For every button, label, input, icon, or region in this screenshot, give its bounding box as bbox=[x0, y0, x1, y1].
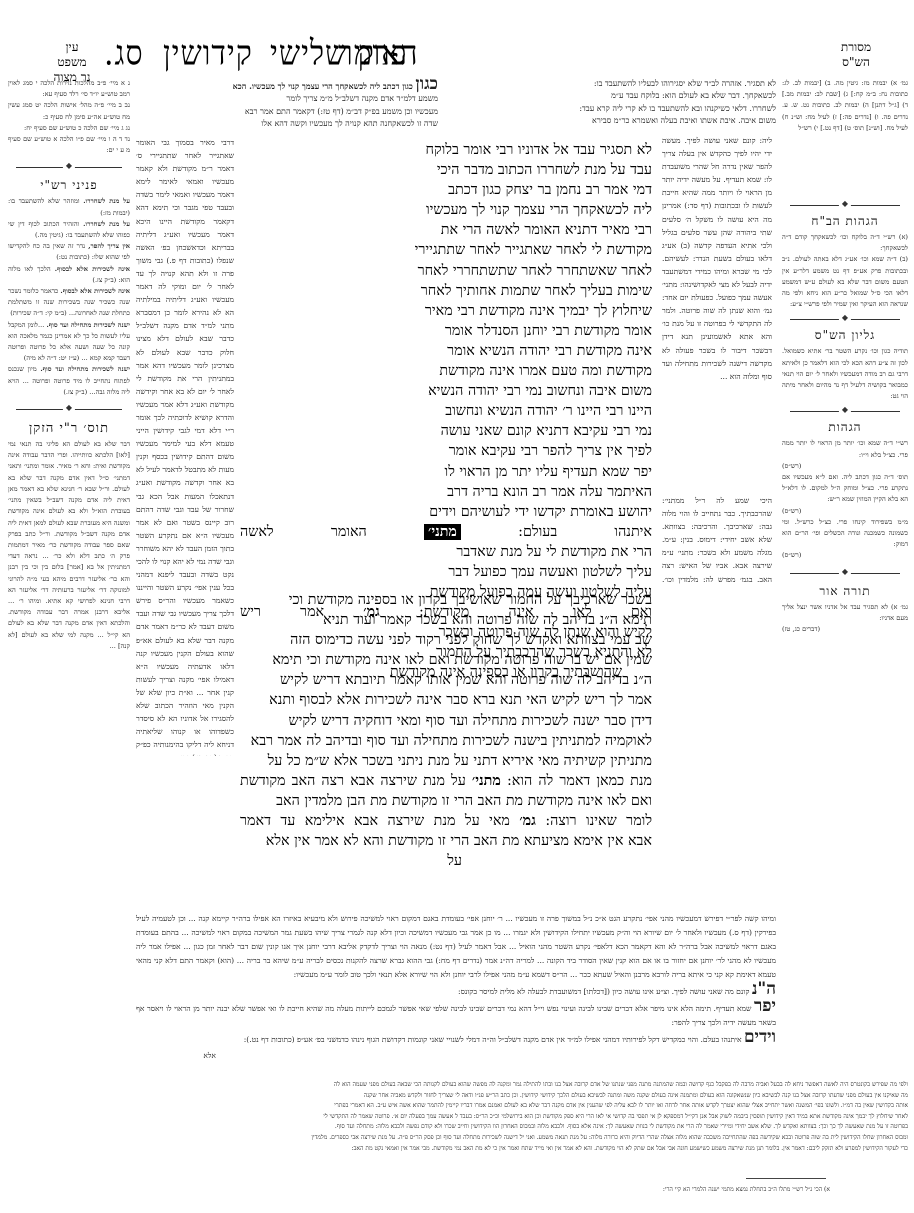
ein-mishpat-entry: נ א מיי׳ פ״ב מהלכות נזירות הלכה י סמג לא… bbox=[8, 78, 130, 100]
rashi-column: לא תסגיר. אזהרה לב״ד שלא יסגירוהו לבעליו… bbox=[466, 78, 776, 128]
hagahot-title: הגהות bbox=[782, 420, 908, 435]
bottom-commentary-line: מה שאיקנו אין בעולם מפני שדעתו קרובה אצל… bbox=[6, 1091, 908, 1102]
tosafot-rid-text: דבר שלא בא לעולם הא פליגי בה תנאי נמי [ל… bbox=[8, 439, 130, 759]
gemara-line: אומר מקודשת רבי יוחנן הסנדלר אומר bbox=[240, 321, 652, 341]
tosafot-head-line: כגון כגון דכתב ליה לכשאקחך הרי עצמך קנוי… bbox=[136, 78, 438, 93]
gemara-line: הרי את מקודשת לי על מנת שאדבר bbox=[240, 542, 652, 562]
tosafot-trailing: אלא bbox=[136, 1049, 776, 1063]
tosafot-section: ה"נ קונם מה שאני עושה לפיך. וצ״ע אינו עו… bbox=[136, 982, 776, 999]
ornament-divider bbox=[782, 314, 908, 324]
tosafot-head-line: שדה זו לכשאקחנה תהא קנויה לך מעכשיו וקשה… bbox=[136, 118, 438, 130]
penei-rashi-entry: על מנת לשחררו. והזהיר הכתוב לכוף דין שי … bbox=[8, 219, 130, 241]
source-ref: (יבמות מז:) bbox=[100, 209, 130, 217]
bottom-commentary: ולפי מה שפירש בקונטרס היה לאשה דאפשר ניח… bbox=[6, 1080, 908, 1154]
ornament-divider bbox=[782, 406, 908, 416]
rashi-line: לשחררו. דלאי כשיקנהו ובא להשתעבד בו לא ק… bbox=[466, 103, 776, 115]
dibur-hamatchil: על מנת לשחררו. bbox=[83, 220, 130, 228]
gemara-text: מנת כמאן דאמר לה הוא: bbox=[507, 773, 652, 789]
page-number: סג. bbox=[104, 33, 144, 73]
entry-text: מ״מ בשפירוד קינחו פרי. כצ״ל כרש״ל. ומי כ… bbox=[782, 518, 908, 548]
rashi-line: משום איבה. איבת אשתו ואיבת בעלה ואשמרא כ… bbox=[466, 115, 776, 127]
dibur-hamatchil: יפר bbox=[754, 996, 776, 1016]
gemara-line: רבי מאיר דתניא האומר לאשה הרי את bbox=[240, 220, 652, 240]
mishna-marker: מתני׳ bbox=[424, 524, 461, 540]
tosafot-bottom-text: ומיהו קשה לפר״י דפירש דמעכשיו מהני אפי׳ … bbox=[136, 912, 776, 982]
penei-rashi-title: פניני רש"י bbox=[8, 178, 130, 193]
rashi-line: לכשאקחך. דבר שלא בא לעולם הוא: בלוקח עבד… bbox=[466, 90, 776, 102]
tosafot-section: וידים איתנהו בעלם. והוי כמקדיש דקל לפירו… bbox=[136, 1030, 776, 1047]
torah-or-ref: (דברים כג, טז) bbox=[782, 624, 908, 635]
ornament-divider bbox=[8, 162, 130, 172]
hagahot-entry: תוס׳ ד״ה כגון דכתב ליה. ואם ל״א מעכשיו א… bbox=[782, 472, 908, 517]
gemara-line: ליה לכשאקחך הרי עצמך קנוי לך מעכשיו bbox=[240, 200, 652, 220]
ornament-divider bbox=[782, 200, 908, 210]
source-ref: (ע״ז יט: ד״ה לא מיה) bbox=[24, 354, 79, 362]
hagahot-habach-entry: (א) רש״י ד״ה בלוקח וכו׳ לכשאקחך קודם ד״ה… bbox=[782, 232, 908, 254]
source-ref: (רש״ס) bbox=[782, 506, 908, 517]
source-ref: (כתובות נט:) bbox=[56, 253, 89, 261]
ein-mishpat-entry: נג ג מיי׳ שם הלכה כ טוש״ע שם סעיף יח: bbox=[8, 123, 130, 134]
gemara-line: נמי רבי עקיבא דתניא קונם שאני עושה bbox=[240, 421, 652, 441]
source-ref: (ב״מ קי: ד״ה שכירות) bbox=[10, 309, 67, 317]
source-ref: (גיטין מה.) bbox=[35, 231, 63, 239]
gemara-line: שיחלוץ לך יבמיך אינה מקודשת רבי מאיר bbox=[240, 301, 652, 321]
bottom-commentary-line: בפרוטה זו על מנת שאעשה לך כך וכך: בצוותא… bbox=[6, 1122, 908, 1133]
dibur-hamatchil: אינה לשכירות אלא לבסוף. bbox=[55, 265, 130, 273]
tosafot-head-line: מעכשיו וכן משמע בפ״ק דב״מ (דף טז:) דקאמר… bbox=[136, 106, 438, 118]
gemara-text: מאי על מנת שירצה אבא אילימא עד דאמר bbox=[240, 813, 510, 829]
hagahot-habach-entry: (ב) ד״ה שמא וכו׳ אע״ג דלא באתה לעולם. נ״… bbox=[782, 254, 908, 310]
penei-rashi-entry: אינה לשכירות אלא לבסוף. הלכך לאו מלוה הו… bbox=[8, 264, 130, 286]
bottom-commentary-line: אותה בקדושין שאין בה דמ״ו. ולשונו בפי׳ ה… bbox=[6, 1101, 908, 1112]
tosafot-head-text: כגון דכתב ליה לכשאקחך הרי עצמך קנוי לך מ… bbox=[233, 81, 413, 91]
gemara-line: דמי אמר רב נחמן בר יצחק כגון דכתב bbox=[240, 180, 652, 200]
gemara-line: שמין אם יש בו שוה פרוטה מקודשת ואם לאו א… bbox=[240, 650, 652, 670]
gemara-text: האומר לאשה bbox=[240, 524, 367, 540]
gemara-line: מקודשת לי לאחר שאתגייר לאחר שתתגיירי bbox=[240, 240, 652, 260]
gilyon-hashas-title: גליון הש"ס bbox=[782, 328, 908, 343]
masoret-hashas-title: מסורת הש"ס bbox=[836, 40, 876, 70]
rashi-body-continued: היכי שמע לה ר״ל ממתני׳: שהרכבתיך. כבר נת… bbox=[662, 494, 772, 584]
ein-mishpat-entry: נד ד ה ו מיי׳ שם פ״ו הלכה א טוש״ע שם סעי… bbox=[8, 134, 130, 156]
tosafot-column: כגון כגון דכתב ליה לכשאקחך הרי עצמך קנוי… bbox=[136, 78, 438, 131]
ornament-divider bbox=[782, 568, 908, 578]
gemara-line: עליך לשלטון ואעשה עמך כפועל דבר bbox=[240, 562, 652, 582]
section-text: איתנהו בעלם. והוי כמקדיש דקל לפירותיו דמ… bbox=[244, 1035, 742, 1044]
gemara-line: מקודשת ומה טעם אמרו אינה מקודשת bbox=[240, 361, 652, 381]
dibur-hamatchil: על מנת לשחררו. bbox=[83, 197, 130, 205]
masoret-title-line1: מסורת bbox=[836, 40, 876, 55]
gemara-line: לא תסגיר עבד אל אדוניו רבי אומר בלוקח bbox=[240, 140, 652, 160]
gemara-line: איתנהו בעולם: מתני׳ האומר לאשה bbox=[240, 522, 652, 542]
rashi-body: ליה: קונם שאני עושה לפיך. מעשה ידי יהיו … bbox=[662, 134, 772, 494]
torah-or-title: תורה אור bbox=[782, 584, 908, 599]
gemara-line: לאוקמיה למתניתין בישנה לשכירות מתחילה וע… bbox=[240, 731, 652, 751]
tosafot-bottom: ומיהו קשה לפר״י דפירש דמעכשיו מהני אפי׳ … bbox=[136, 912, 776, 1063]
penei-rashi-entries: על מנת לשחררו. ומוזהר שלא להשתעבד בו: (י… bbox=[8, 196, 130, 398]
footnote: א) הכי ג״ל רש״י מתלו ה״ב בתחלת נמצא מתמי… bbox=[560, 1184, 830, 1195]
bottom-commentary-line: כדי לעקור הקידושין למפרע ולא תזקק ליבם: … bbox=[6, 1144, 908, 1155]
bottom-commentary-line: ולפי מה שפירש בקונטרס היה לאשה דאפשר ניח… bbox=[6, 1080, 908, 1091]
bottom-commentary-line: ומבוס האחרון שחלו הקידושין לית בה שוה פר… bbox=[6, 1133, 908, 1144]
tractate-name: קידושין bbox=[163, 33, 253, 73]
source-ref: (ב״ק צז.) bbox=[92, 276, 116, 284]
section-text: קונם מה שאני עושה לפיך. וצ״ע אינו עושה כ… bbox=[458, 987, 749, 996]
gemara-line: דידן סבר ישנה לשכירות מתחילה ועד סוף ומא… bbox=[240, 711, 652, 731]
gemara-text: על מנת שירצה אבא רצה האב מקודשת bbox=[240, 773, 466, 789]
gemara-line: לאחר שאשתחרר לאחר שתשתחררי לאחר bbox=[240, 261, 652, 281]
gemara-text: איתנהו בעולם: bbox=[518, 524, 652, 540]
gemara-line: שימות בעליך לאחר שתמות אחותיך לאחר bbox=[240, 281, 652, 301]
ein-mishpat-entry: נב ב מיי׳ פ״ה מהל׳ אישות הלכה יט סמג עשי… bbox=[8, 100, 130, 122]
source-ref: (ב״ק צז.) bbox=[63, 388, 87, 396]
ornament-divider bbox=[8, 404, 130, 414]
gemara-line: מתניתין קשיתיה מאי איריא דתני על מנת נית… bbox=[240, 751, 652, 771]
right-margin-column: גמ׳ א) יבמות מז: גיטין מה. ב) [יבמות לב.… bbox=[782, 78, 908, 635]
hagahot-habach-title: הגהות הב"ח bbox=[782, 214, 908, 229]
gilyon-hashas-text: תודיה כגון וכו׳ נקרע השטר בר׳ אתיא כשמוא… bbox=[782, 346, 908, 402]
tosafot-lead-word: כגון bbox=[415, 74, 438, 94]
dibur-hamatchil: וידים bbox=[744, 1027, 776, 1047]
penei-rashi-entry: אין צריך להפר, נדר זה שאין בה כח להקדישו… bbox=[8, 241, 130, 263]
gemara-line: עבד על מנת לשחררו הכתוב מדבר היכי bbox=[240, 160, 652, 180]
gemara-line: לפיך אין צריך להפר רבי עקיבא אומר bbox=[240, 441, 652, 461]
entry-text: רש״י ד״ה שמא וכו׳ יותר מן הראוי לו יותר … bbox=[782, 439, 908, 458]
ein-mishpat-title-line1: עין משפט bbox=[52, 40, 92, 70]
chapter-name: האומר bbox=[338, 33, 418, 73]
gemara-line: תימא ה״נ בדיהב לה שוה פרוטה והא בשכר קאמ… bbox=[240, 610, 652, 630]
source-ref: (רש״ס) bbox=[782, 461, 908, 472]
dibur-hamatchil: ישנה לשכירות מתחילה ועד סוף. bbox=[46, 321, 130, 329]
gemara-wide-block: בשכר שארכיבך על החמור שאושיבך בקרון או ב… bbox=[240, 590, 652, 871]
mishna-marker-inline: מתני׳ bbox=[472, 773, 501, 789]
dibur-hamatchil: ישנה לשכירות מתחילה ועד סוף. bbox=[40, 365, 130, 373]
hagahot-entry: מ״מ בשפירוד קינחו פרי. כצ״ל כרש״ל. ומי כ… bbox=[782, 517, 908, 562]
tosafot-rid-title: תוס׳ ר"י הזקן bbox=[8, 420, 130, 436]
entry-text: ומוזהר שלא להשתעבד בו: bbox=[8, 197, 80, 205]
gemara-line: אבא אין אימא מציעתא מת האב הרי זו מקודשת… bbox=[240, 831, 652, 851]
gemara-line: משום איבה ונחשוב נמי רבי יהודה הנשיא bbox=[240, 381, 652, 401]
masoret-title-line2: הש"ס bbox=[836, 55, 876, 70]
gemara-line: ואם לאו אינה מקודשת מת האב הרי זו מקודשת… bbox=[240, 791, 652, 811]
gemara-line: מנת כמאן דאמר לה הוא: מתני׳ על מנת שירצה… bbox=[240, 771, 652, 791]
section-text: שמא תעדיף. תימה הלא אינו מיפר אלא דברים … bbox=[136, 1004, 776, 1027]
gemara-text: לומר שאינו רוצה: bbox=[545, 813, 652, 829]
tosafot-head-line: משמע דלמ״ד אדם מקנה דשלב״ל מ״מ צריך לומר bbox=[136, 93, 438, 105]
gemara-line: אמר לך ריש לקיש האי תנא ברא סבר אינה לשכ… bbox=[240, 690, 652, 710]
penei-rashi-entry: על מנת לשחררו. ומוזהר שלא להשתעבד בו: (י… bbox=[8, 196, 130, 218]
hagahot-entry: רש״י ד״ה שמא וכו׳ יותר מן הראוי לו יותר … bbox=[782, 438, 908, 472]
gemara-line: יפר שמא תעדיף עליו יתר מן הראוי לו bbox=[240, 462, 652, 482]
rashi-line: לא תסגיר. אזהרה לב״ד שלא יסגירוהו לבעליו… bbox=[466, 78, 776, 90]
penei-rashi-entry: ישנה לשכירות מתחילה ועד סוף. מיון שנכנס … bbox=[8, 364, 130, 398]
source-ref: (רש״ס) bbox=[782, 550, 908, 561]
bottom-commentary-line: לאחר שיחלוץ לך יבמך אינה מקודשת אתא במיד… bbox=[6, 1112, 908, 1123]
gemara-line: אינה מקודשת רבי יהודה הנשיא אומר bbox=[240, 341, 652, 361]
gemara-line: היינו רבי היינו ר׳ יהודה הנשיא ונחשוב bbox=[240, 401, 652, 421]
gemara-line: על bbox=[240, 851, 652, 871]
tosafot-body: דרבי מאיר בסמוך גבי האומר שאתגייר לאחר ש… bbox=[136, 136, 234, 756]
entry-text: תוס׳ ד״ה כגון דכתב ליה. ואם ל״א מעכשיו א… bbox=[782, 473, 908, 503]
dibur-hamatchil: אין צריך להפר, bbox=[88, 242, 130, 250]
torah-or-text: גמ׳ א) לא תסגיר עבד אל אדניו אשר ינצל אל… bbox=[782, 602, 908, 624]
masoret-hashas-text: גמ׳ א) יבמות מז: גיטין מה. ב) [יבמות לב.… bbox=[782, 78, 908, 196]
penei-rashi-entry: ישנה לשכירות מתחילה ועד סוף. ...לומן המק… bbox=[8, 320, 130, 365]
dibur-hamatchil: אינה לשכירות אלא לבסוף. bbox=[60, 287, 130, 295]
gemara-line: בשכר שארכיבך על החמור שאושיבך בקרון או ב… bbox=[240, 590, 652, 610]
penei-rashi-entry: אינה לשכירות אלא לבסוף. כדאמר כלומר נשכר… bbox=[8, 286, 130, 320]
gemara-line: שב עמי בצוותא ואקדש לך שחוק לפני רקוד לפ… bbox=[240, 630, 652, 650]
gemara-line: לומר שאינו רוצה: גמ׳ מאי על מנת שירצה אב… bbox=[240, 811, 652, 831]
gemara-line: ה״נ בדיהב לה שוה פרוטה והא שמין אותו קאמ… bbox=[240, 670, 652, 690]
gemara-line: יהושע באומרת יקדשו ידי לעושיהם וידים bbox=[240, 502, 652, 522]
footnote-rule bbox=[746, 1178, 826, 1179]
gemara-line: האיתמר עלה אמר רב הונא בריה דרב bbox=[240, 482, 652, 502]
gemara-marker: גמ׳ bbox=[519, 813, 536, 829]
ein-mishpat-column: נ א מיי׳ פ״ב מהלכות נזירות הלכה י סמג לא… bbox=[8, 78, 130, 759]
tosafot-section: יפר שמא תעדיף. תימה הלא אינו מיפר אלא דב… bbox=[136, 999, 776, 1030]
